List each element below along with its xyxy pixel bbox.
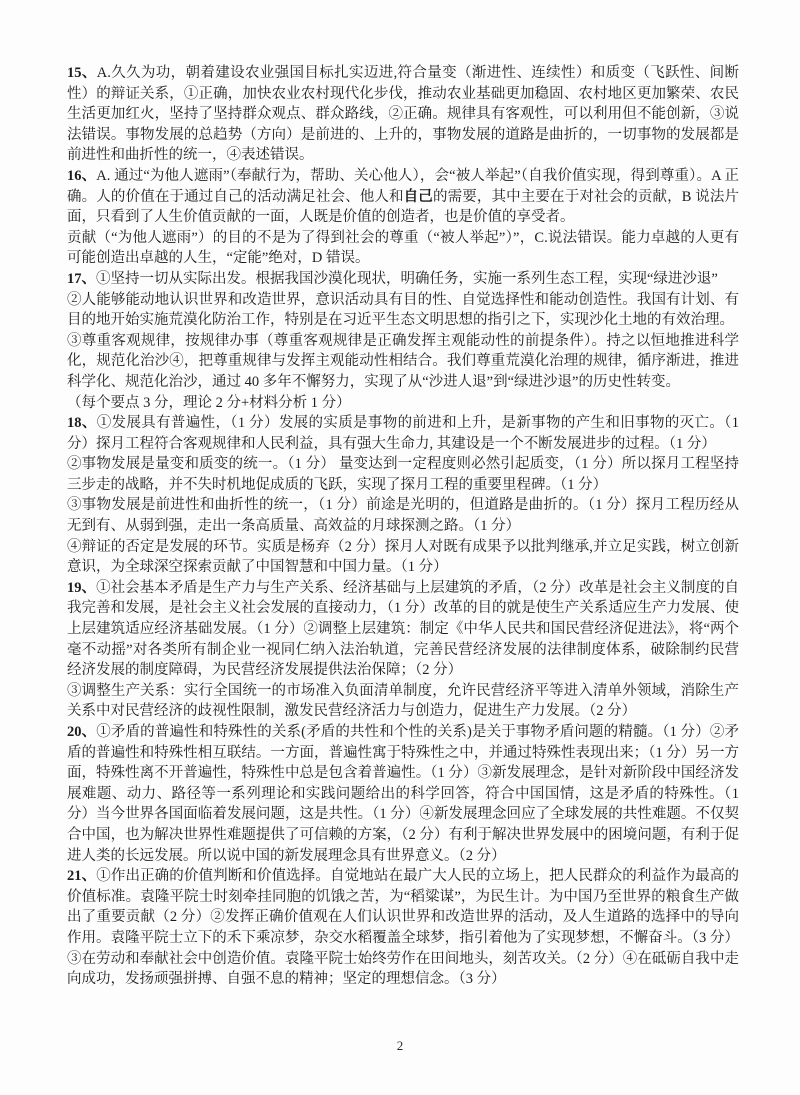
- answer-q19-part1-text: ①社会基本矛盾是生产力与生产关系、经济基础与上层建筑的矛盾，（2 分）改革是社会…: [67, 580, 739, 678]
- answer-q16-continuation-text: 贡献（“为他人遮雨”）的目的不是为了得到社会的尊重（“被人举起”）”，C.说法错…: [67, 230, 739, 267]
- answer-q18-point3: ③事物发展是前进性和曲折性的统一，（1 分）前途是光明的，但道路是曲折的。（1 …: [67, 495, 739, 536]
- answer-q21-text: ①作出正确的价值判断和价值选择。自觉地站在最广大人民的立场上，把人民群众的利益作…: [67, 868, 739, 987]
- page-number: 2: [397, 1038, 404, 1053]
- answer-q18-point4-text: ④辩证的否定是发展的环节。实质是杨弃（2 分）探月人对既有成果予以批判继承,并立…: [67, 539, 739, 576]
- question-number-15: 15、: [67, 65, 97, 81]
- answer-q17-point3: ③尊重客观规律，按规律办事（尊重客观规律是正确发挥主观能动性的前提条件）。持之以…: [67, 331, 739, 393]
- question-number-20: 20、: [67, 724, 96, 740]
- answer-q17-point3-text: ③尊重客观规律，按规律办事（尊重客观规律是正确发挥主观能动性的前提条件）。持之以…: [67, 333, 739, 390]
- answer-q15: 15、A.久久为功，朝着建设农业强国目标扎实迈进,符合量变（渐进性、连续性）和质…: [67, 63, 739, 166]
- answer-q18-point4: ④辩证的否定是发展的环节。实质是杨弃（2 分）探月人对既有成果予以批判继承,并立…: [67, 537, 739, 578]
- question-number-16: 16、: [67, 168, 96, 184]
- answer-q18-point1-text: ①发展具有普遍性，（1 分）发展的实质是事物的前进和上升，是新事物的产生和旧事物…: [67, 415, 739, 452]
- question-number-18: 18、: [67, 415, 97, 431]
- answer-q19-part1: 19、①社会基本矛盾是生产力与生产关系、经济基础与上层建筑的矛盾，（2 分）改革…: [67, 578, 739, 681]
- answer-q16-emphasis: 自己: [404, 189, 433, 205]
- answer-q17-score-note: （每个要点 3 分，理论 2 分+材料分析 1 分）: [67, 393, 739, 414]
- answer-q17-point2-text: ②人能够能动地认识世界和改造世界，意识活动具有目的性、自觉选择性和能动创造性。我…: [67, 292, 739, 329]
- answer-q17-score-note-text: （每个要点 3 分，理论 2 分+材料分析 1 分）: [67, 395, 351, 411]
- answer-q15-text: A.久久为功，朝着建设农业强国目标扎实迈进,符合量变（渐进性、连续性）和质变（飞…: [67, 65, 739, 163]
- answer-q20-text: ①矛盾的普遍性和特殊性的关系(矛盾的共性和个性的关系)是关于事物矛盾问题的精髓。…: [67, 724, 739, 864]
- answer-q19-part2-text: ③调整生产关系：实行全国统一的市场准入负面清单制度，允许民营经济平等进入清单外领…: [67, 683, 739, 720]
- answer-q17-point1-text: ①坚持一切从实际出发。根据我国沙漠化现状，明确任务，实施一系列生态工程，实现“绿…: [96, 271, 718, 287]
- answer-q20: 20、①矛盾的普遍性和特殊性的关系(矛盾的共性和个性的关系)是关于事物矛盾问题的…: [67, 722, 739, 866]
- document-page: 15、A.久久为功，朝着建设农业强国目标扎实迈进,符合量变（渐进性、连续性）和质…: [0, 0, 800, 1095]
- question-number-17: 17、: [67, 271, 96, 287]
- question-number-21: 21、: [67, 868, 96, 884]
- answer-q18-point2: ②事物发展是量变和质变的统一。（1 分） 量变达到一定程度则必然引起质变，（1 …: [67, 454, 739, 495]
- page-footer: 2: [0, 1038, 800, 1054]
- answer-key-text: 15、A.久久为功，朝着建设农业强国目标扎实迈进,符合量变（渐进性、连续性）和质…: [67, 63, 739, 990]
- answer-q16-continuation: 贡献（“为他人遮雨”）的目的不是为了得到社会的尊重（“被人举起”）”，C.说法错…: [67, 228, 739, 269]
- answer-q18-point1: 18、①发展具有普遍性，（1 分）发展的实质是事物的前进和上升，是新事物的产生和…: [67, 413, 739, 454]
- answer-q16: 16、A. 通过“为他人遮雨”（奉献行为，帮助、关心他人），会“被人举起”（自我…: [67, 166, 739, 228]
- answer-q19-part2: ③调整生产关系：实行全国统一的市场准入负面清单制度，允许民营经济平等进入清单外领…: [67, 681, 739, 722]
- answer-q17-point1: 17、①坚持一切从实际出发。根据我国沙漠化现状，明确任务，实施一系列生态工程，实…: [67, 269, 739, 290]
- answer-q17-point2: ②人能够能动地认识世界和改造世界，意识活动具有目的性、自觉选择性和能动创造性。我…: [67, 290, 739, 331]
- answer-q18-point3-text: ③事物发展是前进性和曲折性的统一，（1 分）前途是光明的，但道路是曲折的。（1 …: [67, 497, 739, 534]
- answer-q21: 21、①作出正确的价值判断和价值选择。自觉地站在最广大人民的立场上，把人民群众的…: [67, 866, 739, 990]
- question-number-19: 19、: [67, 580, 96, 596]
- answer-q18-point2-text: ②事物发展是量变和质变的统一。（1 分） 量变达到一定程度则必然引起质变，（1 …: [67, 456, 739, 493]
